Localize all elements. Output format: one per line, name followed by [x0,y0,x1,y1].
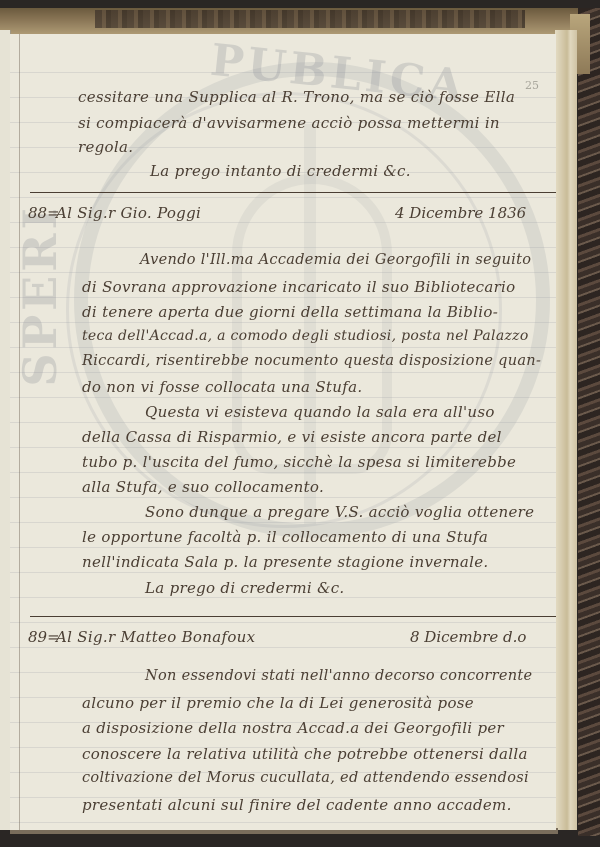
entry-addressee: Al Sig.r Gio. Poggi [56,204,201,222]
entry-addressee: Al Sig.r Matteo Bonafoux [56,628,255,646]
margin-line [19,34,20,830]
entry-date: 8 Dicembre d.o [410,628,526,646]
text-line: Non essendovi stati nell'anno decorso co… [145,668,532,684]
entry-separator [30,192,556,193]
text-line: presentati alcuni sul finire del cadente… [82,796,512,814]
text-line: conoscere la relativa utilità che potreb… [82,745,528,763]
text-line: si compiacerà d'avvisarmene acciò possa … [78,114,500,132]
text-line: alla Stufa, e suo collocamento. [82,478,324,496]
folio-number: 25 [525,79,539,92]
text-line: di Sovrana approvazione incaricato il su… [82,278,516,296]
text-line: coltivazione del Morus cucullata, ed att… [82,770,529,786]
text-line: Sono dunque a pregare V.S. acciò voglia … [145,503,534,521]
text-line: della Cassa di Risparmio, e vi esiste an… [82,428,502,446]
text-line: tubo p. l'uscita del fumo, sicchè la spe… [82,453,516,471]
text-line: Avendo l'Ill.ma Accademia dei Georgofili… [140,252,531,268]
book-cover-right-marbled [578,8,600,836]
text-line: Questa vi esisteva quando la sala era al… [145,403,495,421]
closing-line: La prego intanto di credermi &c. [150,162,411,180]
text-line: alcuno per il premio che la di Lei gener… [82,694,474,712]
text-line: teca dell'Accad.a, a comodo degli studio… [82,328,529,344]
entry-number: 88= [28,204,60,222]
text-line: regola. [78,138,133,156]
text-line: le opportune facoltà p. il collocamento … [82,528,488,546]
text-line: di tenere aperta due giorni della settim… [82,303,498,321]
text-line: a disposizione della nostra Accad.a dei … [82,719,504,737]
entry-number: 89= [28,628,60,646]
closing-line: La prego di credermi &c. [145,579,345,597]
entry-date: 4 Dicembre 1836 [395,204,526,222]
text-line: Riccardi, risentirebbe nocumento questa … [82,353,541,369]
stamp-text-left: SPERI [10,204,70,387]
entry-separator [30,616,556,617]
manuscript-page: PUBLICA SPERI 25 cessitare una Supplica … [10,34,556,830]
text-line: nell'indicata Sala p. la presente stagio… [82,553,488,571]
text-line: cessitare una Supplica al R. Trono, ma s… [78,88,515,106]
text-line: do non vi fosse collocata una Stufa. [82,378,362,396]
page-stack-edge [555,30,577,830]
